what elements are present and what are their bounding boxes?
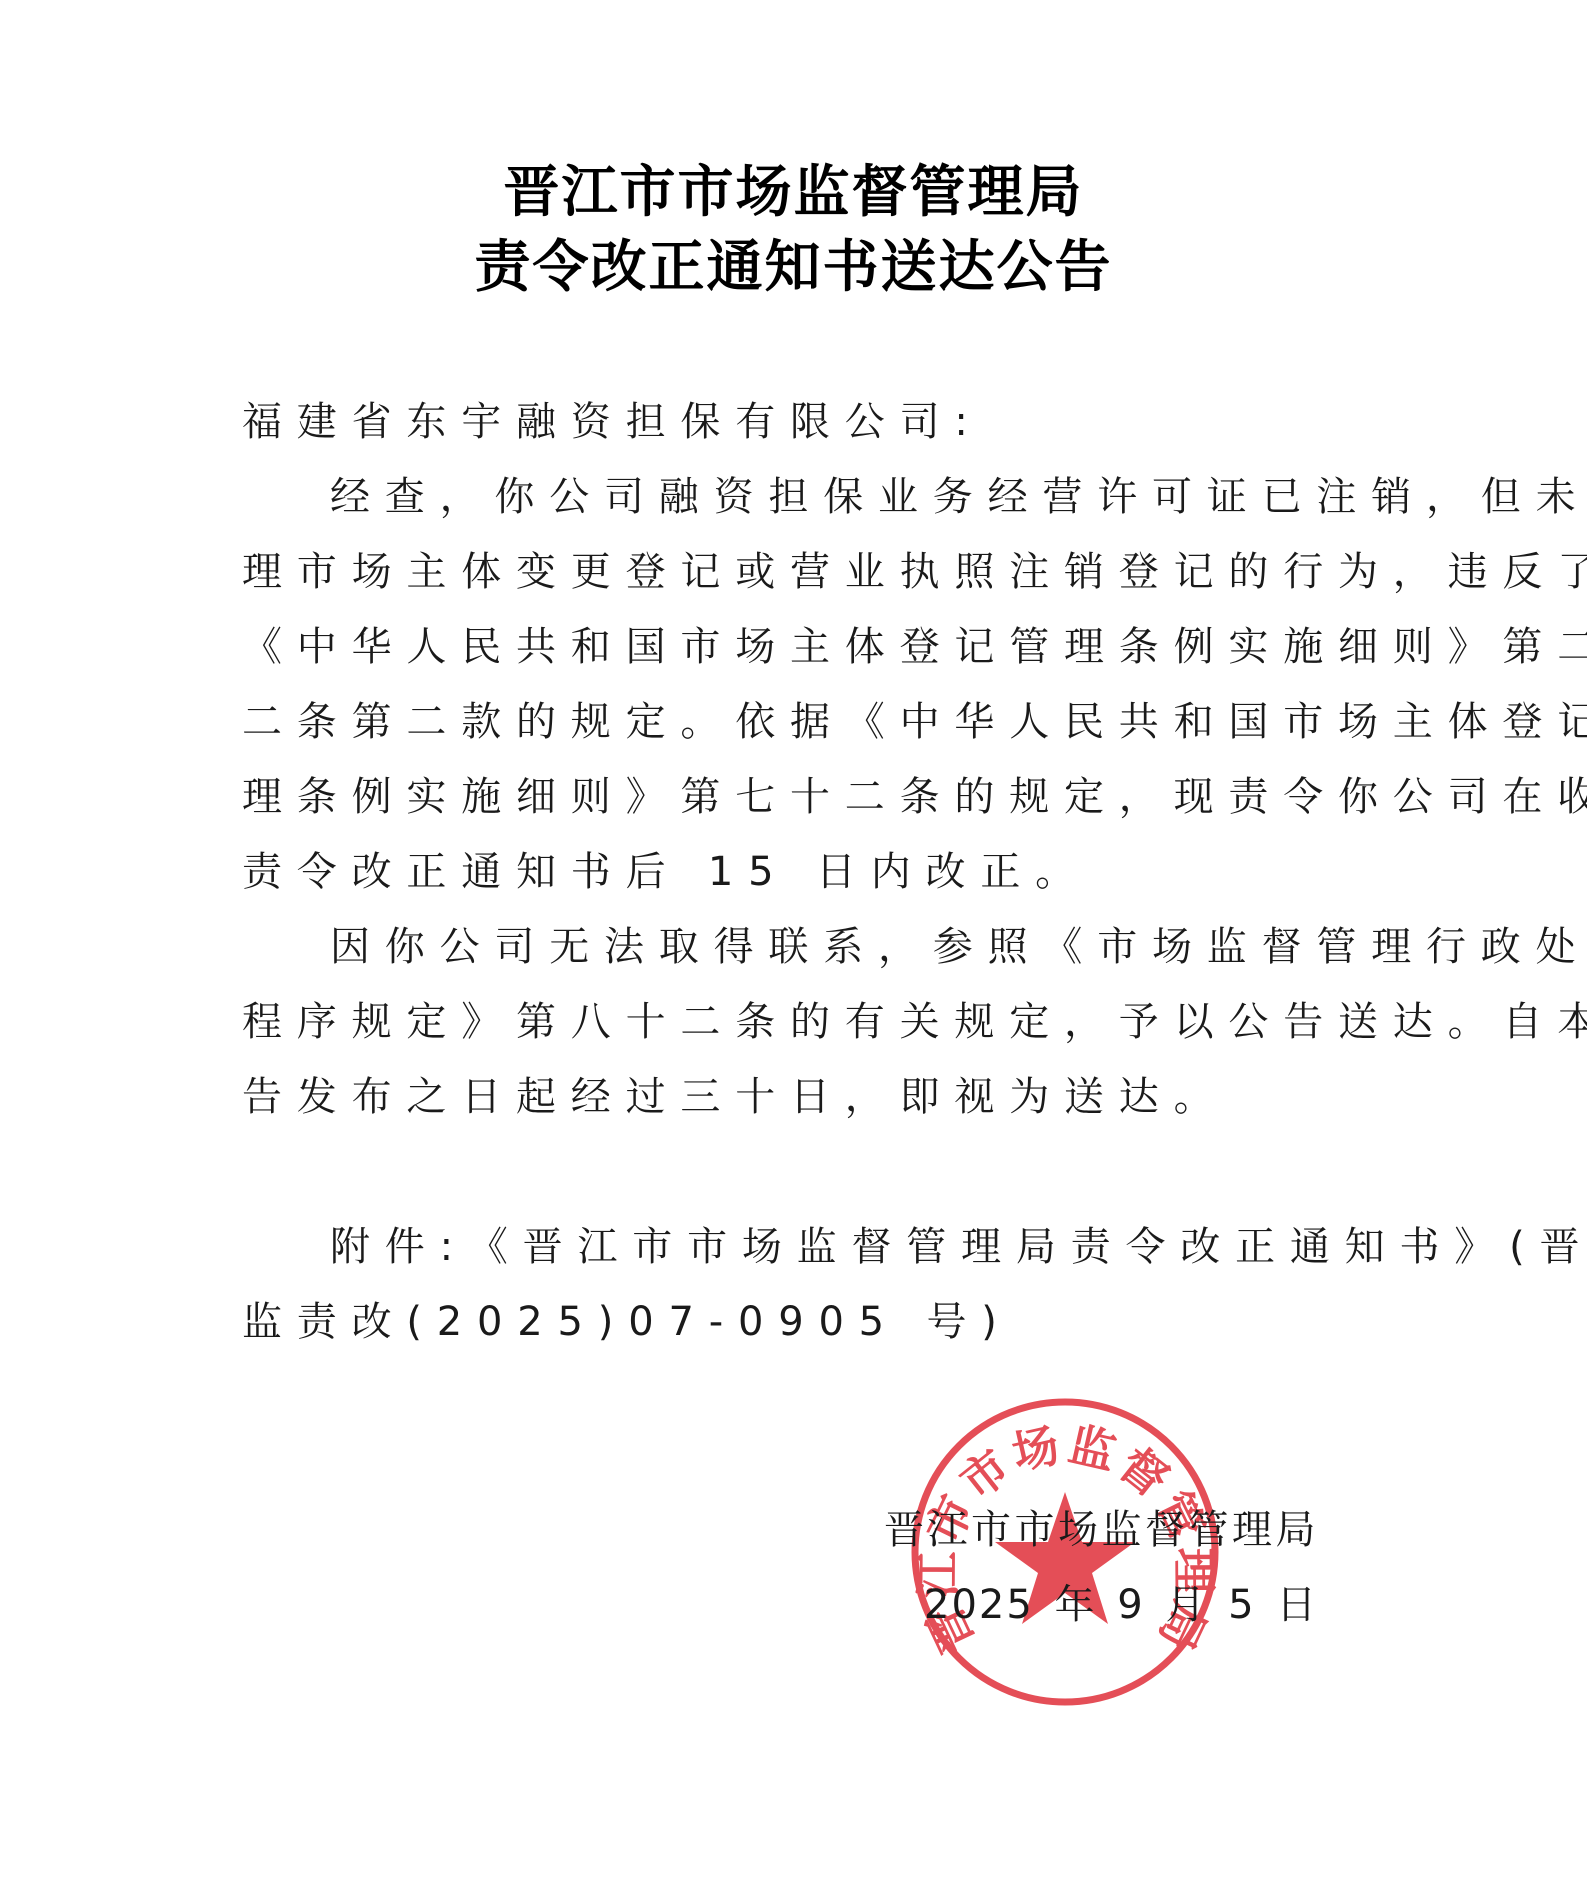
- paragraph-2-line: 程序规定》第八十二条的有关规定，予以公告送达。自本公: [242, 997, 1342, 1047]
- addressee: 福建省东宇融资担保有限公司:: [242, 397, 1342, 447]
- document-title-line-2: 责令改正通知书送达公告: [0, 232, 1587, 302]
- paragraph-1-line: 理市场主体变更登记或营业执照注销登记的行为，违反了: [242, 547, 1342, 597]
- attachment-line: 附件:《晋江市市场监督管理局责令改正通知书》(晋市: [330, 1222, 1430, 1272]
- paragraph-2-line: 告发布之日起经过三十日，即视为送达。: [242, 1072, 1342, 1122]
- paragraph-1-line: 经查，你公司融资担保业务经营许可证已注销，但未办: [330, 472, 1430, 522]
- paragraph-1-line: 理条例实施细则》第七十二条的规定，现责令你公司在收到: [242, 772, 1342, 822]
- paragraph-1-line: 责令改正通知书后 15 日内改正。: [242, 847, 1342, 897]
- signature-organization: 晋江市市场监督管理局: [884, 1505, 1319, 1555]
- paragraph-1-line: 二条第二款的规定。依据《中华人民共和国市场主体登记管: [242, 697, 1342, 747]
- signature-date: 2025 年 9 月 5 日: [924, 1580, 1318, 1630]
- document-title-line-1: 晋江市市场监督管理局: [0, 157, 1587, 227]
- paragraph-2-line: 因你公司无法取得联系，参照《市场监督管理行政处罚: [330, 922, 1430, 972]
- paragraph-1-line: 《中华人民共和国市场主体登记管理条例实施细则》第二十: [242, 622, 1342, 672]
- attachment-line: 监责改(2025)07-0905 号): [242, 1297, 1342, 1347]
- document-page: 晋江市市场监督管理局 责令改正通知书送达公告 福建省东宇融资担保有限公司: 经查…: [0, 0, 1587, 1877]
